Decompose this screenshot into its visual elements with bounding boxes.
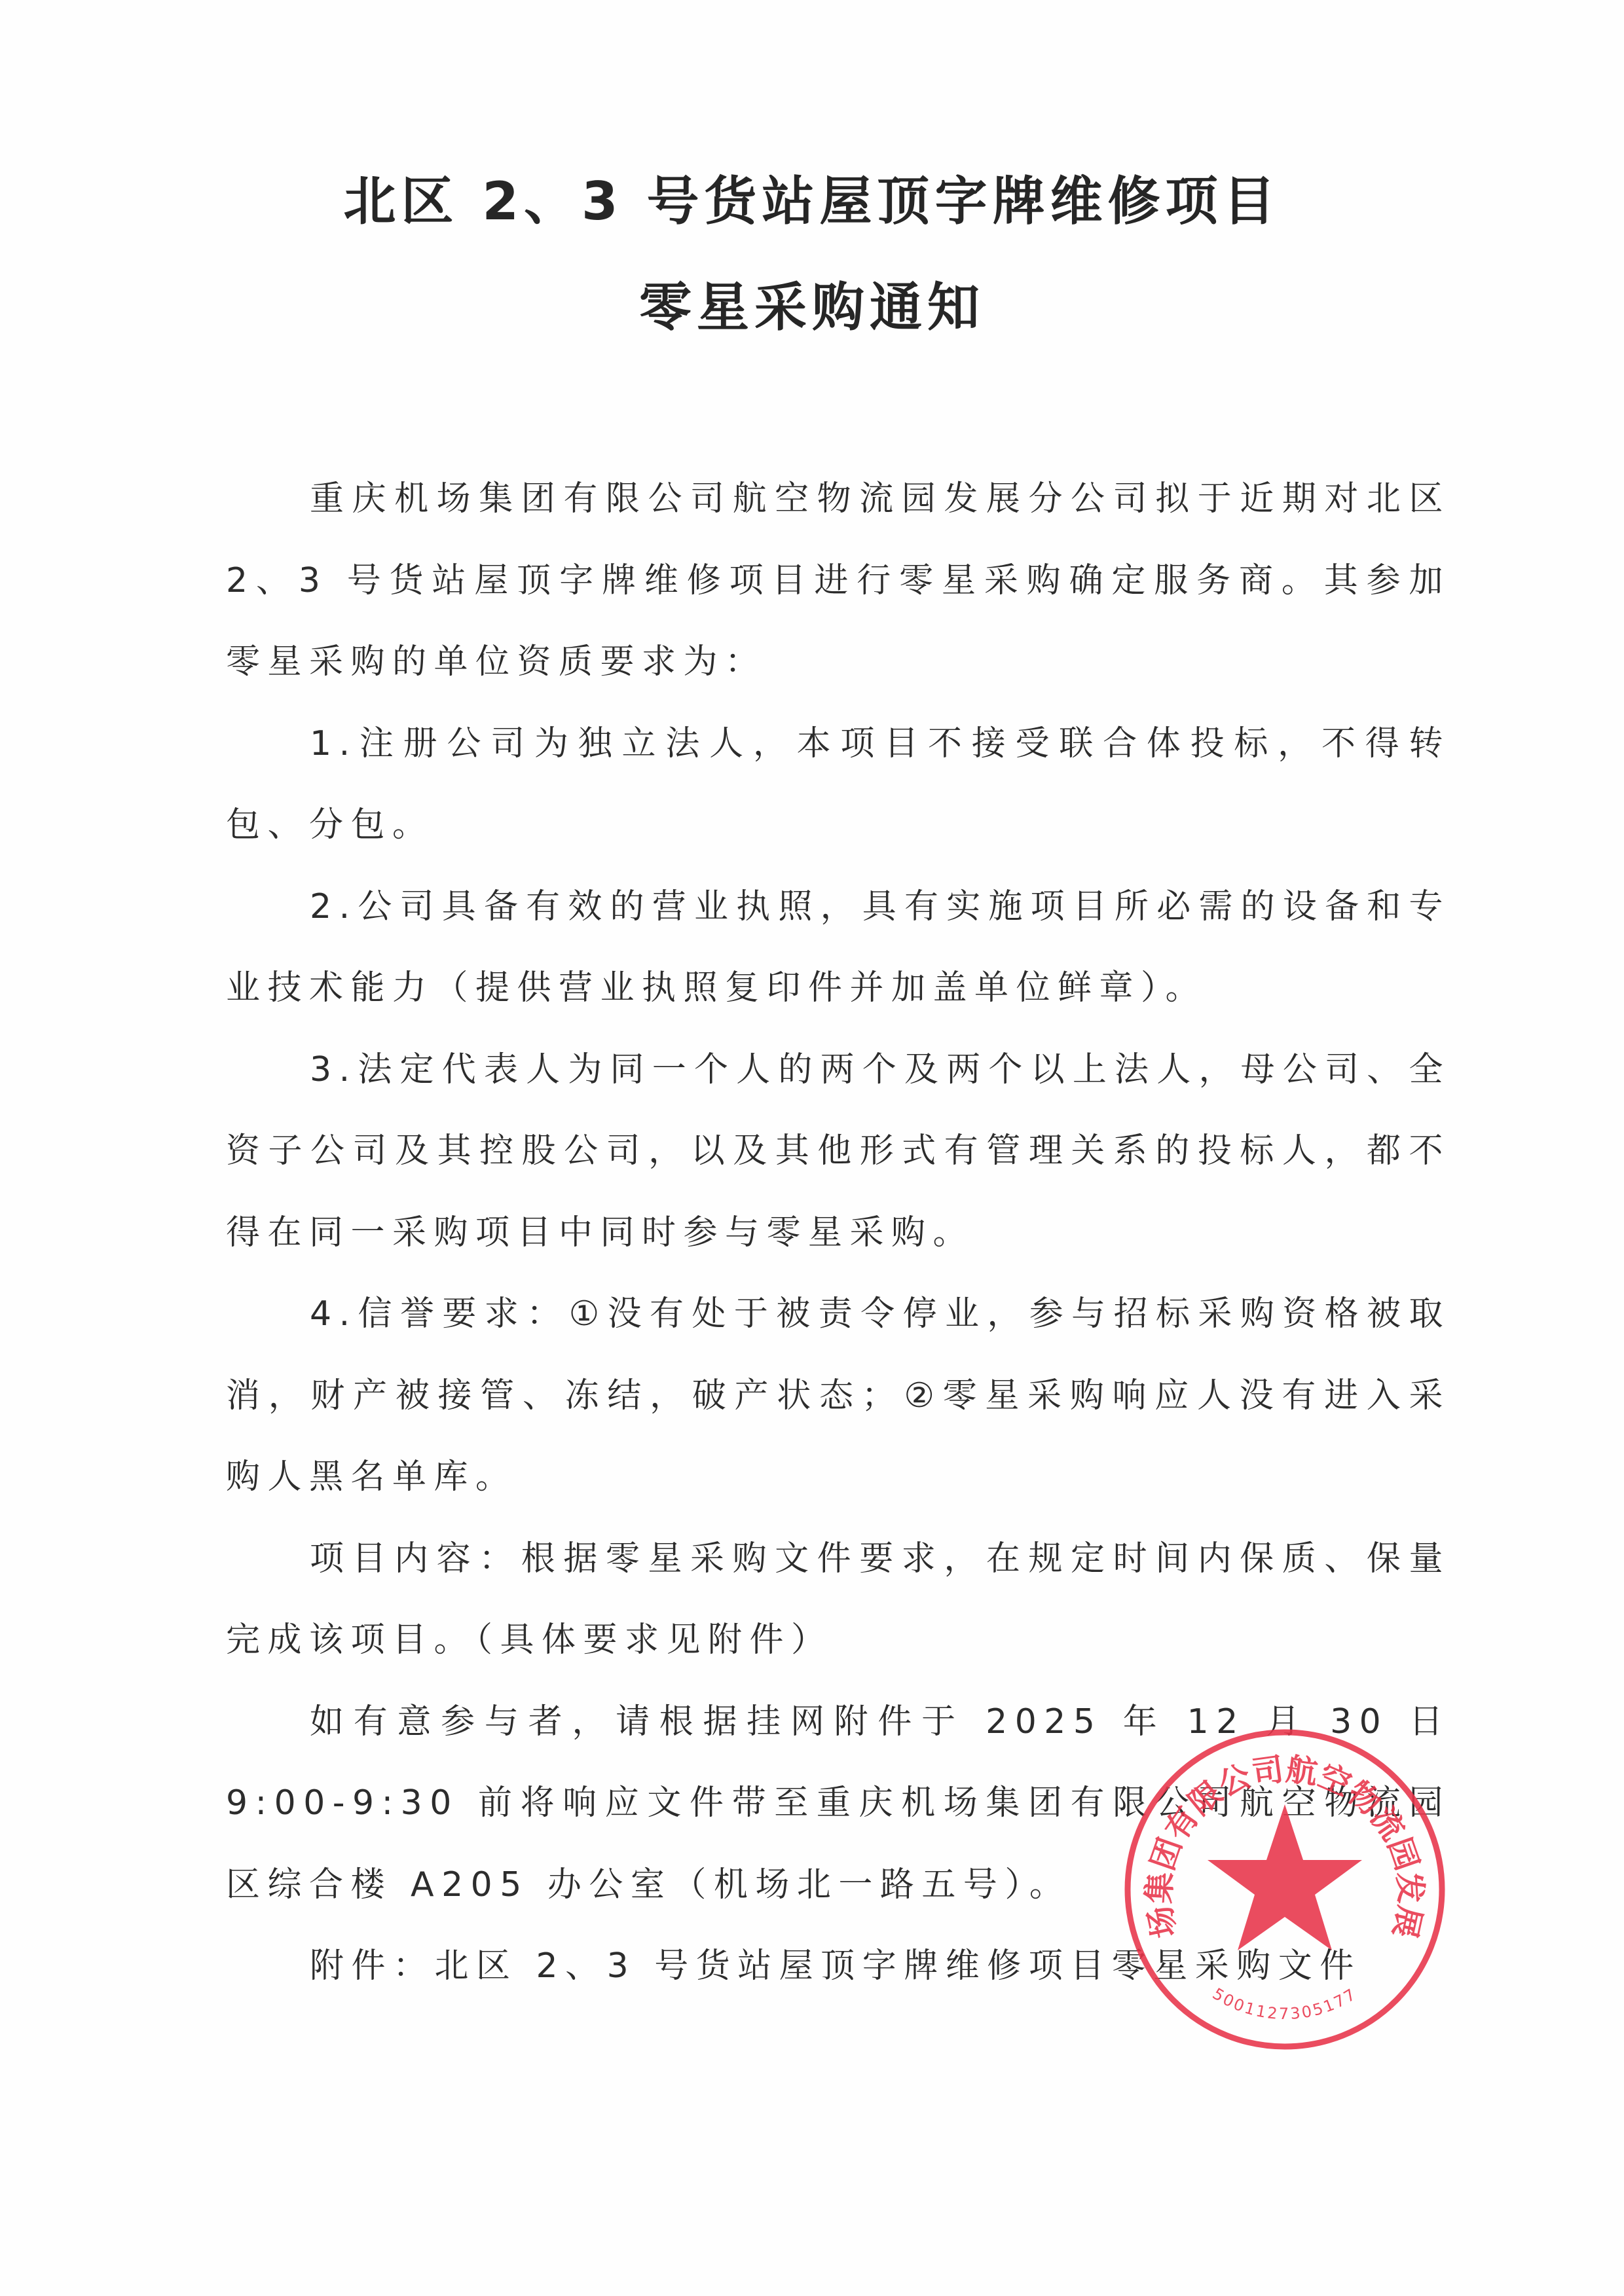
- submission-paragraph: 如有意参与者，请根据挂网附件于 2025 年 12 月 30 日 9:00-9:…: [226, 1681, 1450, 1926]
- document-title-line-2: 零星采购通知: [0, 282, 1624, 334]
- project-content-paragraph: 项目内容：根据零星采购文件要求，在规定时间内保质、保量完成该项目。（具体要求见附…: [226, 1518, 1450, 1681]
- document-title-line-1: 北区 2、3 号货站屋顶字牌维修项目: [0, 175, 1624, 228]
- requirement-4: 4.信誉要求：①没有处于被责令停业，参与招标采购资格被取消，财产被接管、冻结，破…: [226, 1273, 1450, 1518]
- document-page: 北区 2、3 号货站屋顶字牌维修项目 零星采购通知 重庆机场集团有限公司航空物流…: [0, 0, 1624, 2296]
- attachment-line: 附件：北区 2、3 号货站屋顶字牌维修项目零星采购文件: [226, 1925, 1450, 2007]
- requirement-1: 1.注册公司为独立法人，本项目不接受联合体投标，不得转包、分包。: [226, 703, 1450, 866]
- requirement-2: 2.公司具备有效的营业执照，具有实施项目所必需的设备和专业技术能力（提供营业执照…: [226, 866, 1450, 1029]
- document-body: 重庆机场集团有限公司航空物流园发展分公司拟于近期对北区 2、3 号货站屋顶字牌维…: [226, 458, 1450, 2007]
- intro-paragraph: 重庆机场集团有限公司航空物流园发展分公司拟于近期对北区 2、3 号货站屋顶字牌维…: [226, 458, 1450, 703]
- requirement-3: 3.法定代表人为同一个人的两个及两个以上法人，母公司、全资子公司及其控股公司，以…: [226, 1029, 1450, 1274]
